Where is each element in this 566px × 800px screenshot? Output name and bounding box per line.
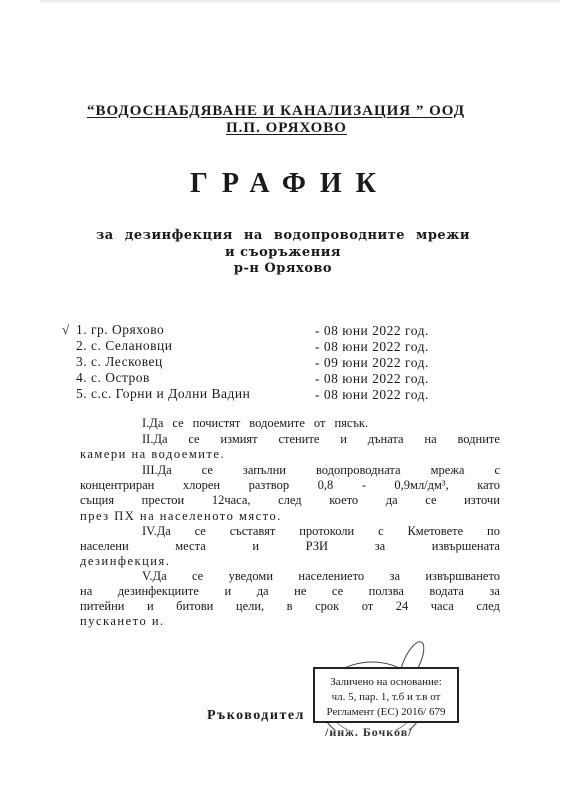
instruction-word: източи: [464, 493, 500, 508]
instruction-word: места: [175, 539, 205, 554]
instruction-word: се: [332, 584, 343, 599]
instruction-word: 0,9мл/дм³,: [394, 478, 448, 493]
instruction-word: разтвор: [249, 478, 290, 493]
subtitle-line-2: и съоръжения: [0, 245, 566, 260]
instruction-word: водопроводната: [316, 463, 401, 478]
instruction-word: V.Да: [142, 569, 167, 584]
instruction-word: 12часа,: [212, 493, 251, 508]
instruction-line: пускането и.: [80, 614, 500, 629]
redaction-box: Заличено на основание: чл. 5, пар. 1, т.…: [313, 667, 459, 723]
instruction-word: водата: [429, 584, 463, 599]
instruction-word: протоколи: [299, 524, 354, 539]
instruction-word: извършването: [425, 569, 500, 584]
instruction-word: РЗИ: [306, 539, 328, 554]
instruction-word: след: [476, 599, 500, 614]
instruction-word: населението: [298, 569, 364, 584]
instruction-word: и: [340, 432, 347, 447]
instruction-line: V.Дасеуведоминаселениетозаизвършването: [80, 569, 500, 584]
instruction-word: се: [188, 432, 199, 447]
instruction-word: за: [390, 569, 401, 584]
instruction-line: питейниибитовицели,всрокот24часаслед: [80, 599, 500, 614]
schedule-place: 3. с. Лесковец: [76, 354, 163, 370]
instruction-word: да: [257, 584, 269, 599]
instruction-word: по: [487, 524, 500, 539]
instruction-word: се: [202, 463, 213, 478]
check-mark-icon: √: [62, 322, 69, 338]
instruction-word: ползва: [369, 584, 404, 599]
instruction-word: 0,8: [318, 478, 334, 493]
instruction-word: се: [172, 416, 183, 430]
instruction-word: IV.Да: [142, 524, 171, 539]
instruction-word: на: [424, 432, 436, 447]
instruction-line: концентриранхлоренразтвор0,8-0,9мл/дм³,к…: [80, 478, 500, 493]
instruction-word: и: [147, 599, 154, 614]
instruction-word: II.Да: [142, 432, 168, 447]
instruction-word: с: [494, 463, 500, 478]
organization-name: “ВОДОСНАБДЯВАНЕ И КАНАЛИЗАЦИЯ ” ООД: [87, 103, 465, 120]
instruction-word: водните: [457, 432, 499, 447]
instruction-word: с: [378, 524, 384, 539]
instruction-word: срок: [315, 599, 339, 614]
instruction-word: питейни: [80, 599, 124, 614]
instruction-line: същияпрестои12часа,следкоетодасеизточи: [80, 493, 500, 508]
instruction-line: II.Дасеизмиятстенитеидънатанаводните: [80, 432, 500, 447]
redaction-line-1: Заличено на основание:: [315, 675, 457, 690]
instruction-word: съставят: [230, 524, 276, 539]
organization-location: П.П. ОРЯХОВО: [226, 120, 347, 137]
instruction-word: на: [80, 584, 92, 599]
schedule-place: 1. гр. Оряхово: [76, 322, 164, 338]
schedule-date: - 08 юни 2022 год.: [315, 339, 429, 355]
schedule-date: - 08 юни 2022 год.: [315, 387, 429, 403]
instruction-word: за: [489, 584, 500, 599]
instruction-word: пясък.: [334, 416, 368, 430]
instruction-word: почистят: [193, 416, 241, 430]
instruction-word: III.Да: [142, 463, 172, 478]
schedule-place: 4. с. Остров: [76, 370, 150, 386]
redaction-line-2: чл. 5, пар. 1, т.б и т.в от: [315, 690, 457, 705]
instruction-word: 24: [396, 599, 409, 614]
instruction-word: населени: [80, 539, 129, 554]
redaction-line-3: Регламент (ЕС) 2016/ 679: [315, 705, 457, 720]
instruction-word: измият: [220, 432, 257, 447]
instruction-word: стените: [278, 432, 319, 447]
instruction-word: дезинфекциите: [118, 584, 199, 599]
instruction-word: -: [362, 478, 366, 493]
instruction-line: през ПХ на населеното място.: [80, 509, 500, 524]
instruction-word: се: [195, 524, 206, 539]
instruction-word: не: [294, 584, 306, 599]
signature-label: Ръководител: [207, 708, 305, 724]
instruction-word: запълни: [243, 463, 286, 478]
instruction-line: камери на водоемите.: [80, 447, 500, 462]
instruction-word: от: [314, 416, 326, 430]
instruction-word: и: [224, 584, 231, 599]
subtitle-line-3: р-н Оряхово: [0, 261, 566, 276]
instruction-word: цели,: [236, 599, 264, 614]
scan-edge-shadow: [40, 0, 560, 4]
instruction-word: хлорен: [183, 478, 220, 493]
instruction-word: се: [192, 569, 203, 584]
instruction-word: от: [362, 599, 374, 614]
instruction-line: I.Дасепочистятводоемитеотпясък.: [80, 416, 500, 431]
instruction-word: Кметовете: [407, 524, 463, 539]
signature-name: /инж. Бочков/: [325, 725, 413, 740]
instruction-word: престои: [142, 493, 185, 508]
instruction-word: дъната: [368, 432, 404, 447]
instruction-word: извършената: [432, 539, 500, 554]
document-title: ГРАФИК: [0, 168, 566, 200]
instruction-word: концентриран: [80, 478, 154, 493]
instruction-word: като: [477, 478, 500, 493]
instruction-word: I.Да: [142, 416, 163, 430]
instruction-word: часа: [431, 599, 454, 614]
schedule-place: 5. с.с. Горни и Долни Вадин: [76, 386, 250, 402]
instruction-word: след: [278, 493, 302, 508]
instruction-line: населениместаиРЗИзаизвършената: [80, 539, 500, 554]
instruction-line: дезинфекция.: [80, 554, 500, 569]
instruction-line: надезинфекциитеиданесеползваводатаза: [80, 584, 500, 599]
schedule-date: - 08 юни 2022 год.: [315, 323, 429, 339]
subtitle-line-1: за дезинфекция на водопроводните мрежи: [0, 228, 566, 243]
instruction-word: в: [287, 599, 293, 614]
instruction-line: IV.ДасесъставятпротоколисКметоветепо: [80, 524, 500, 539]
schedule-date: - 08 юни 2022 год.: [315, 371, 429, 387]
instruction-word: същия: [80, 493, 114, 508]
schedule-place: 2. с. Селановци: [76, 338, 172, 354]
schedule-date: - 09 юни 2022 год.: [315, 355, 429, 371]
instruction-word: и: [252, 539, 259, 554]
instruction-word: битови: [176, 599, 213, 614]
instruction-word: което: [329, 493, 358, 508]
instruction-word: за: [375, 539, 386, 554]
instruction-word: се: [425, 493, 436, 508]
instruction-line: III.Дасезапълниводопроводнатамрежас: [80, 463, 500, 478]
instruction-word: мрежа: [431, 463, 465, 478]
instruction-word: водоемите: [249, 416, 305, 430]
instruction-word: уведоми: [229, 569, 273, 584]
instruction-word: да: [386, 493, 398, 508]
